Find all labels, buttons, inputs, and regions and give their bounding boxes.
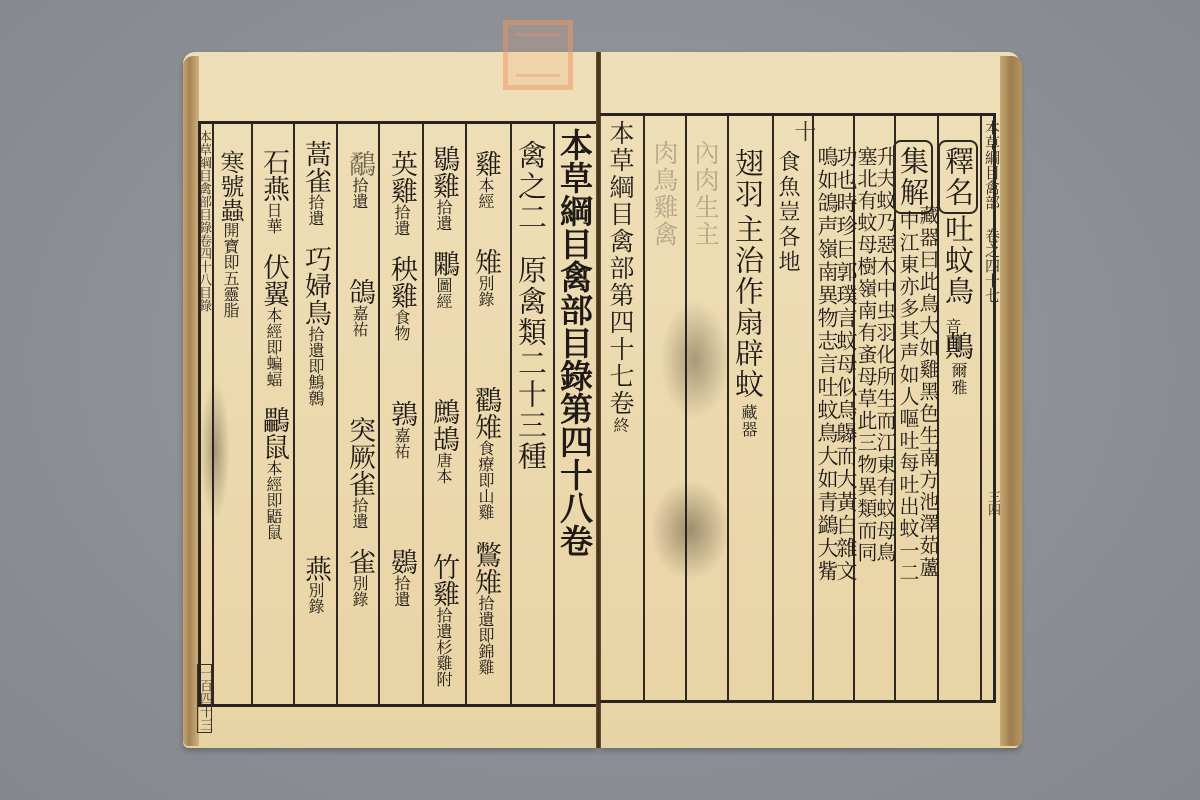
entry-item: 蒿雀拾遺 (302, 140, 329, 226)
entry-item: 伏翼本經即蝙蝠 (260, 253, 287, 387)
entry-item: 鷓鴣唐本 (430, 398, 457, 484)
entry-column-6: 石燕日華 伏翼本經即蝙蝠 鸓鼠本經即鼯鼠 (260, 148, 287, 560)
zhuzhi-label: 翅羽 (731, 148, 765, 210)
left-page-title: 本草綱目禽部目錄第四十八卷 (558, 128, 591, 557)
column-rule (685, 116, 687, 700)
jijie-label-text: 集解 (893, 140, 933, 214)
entry-column-4: 鷸拾遺 鴿嘉祐 突厥雀拾遺 雀別錄 (346, 150, 373, 627)
column-rule (772, 116, 774, 700)
zhuzhi-source: 藏器 (739, 404, 758, 438)
section-zhuzhi: 翅羽主治作扇辟蚊藏器 (733, 148, 762, 438)
jijie-label: 集解 (898, 140, 927, 214)
entry-item: 鴿嘉祐 (346, 278, 373, 337)
column-rule (251, 124, 253, 704)
entry-item: 鸐雉食療即山雞 (472, 386, 499, 520)
open-book: 本草綱目禽部目錄第四十八卷 禽之二原禽類二十三種 雞本經 雉別錄 鸐雉食療即山雞… (0, 0, 1200, 800)
entry-item: 雀別錄 (346, 548, 373, 607)
jijie-column-1: 藏器曰此鳥大如雞黑色生南方池澤茹蘆 (918, 205, 938, 579)
entry-item: 秧雞食物 (388, 255, 415, 341)
left-page-margin-label: 本草綱目禽部目錄卷四十八目錄 (197, 130, 210, 312)
entry-item: 英雞拾遺 (388, 150, 415, 236)
entry-item: 寒號蟲開寶即五靈脂 (218, 150, 242, 318)
entry-column-3: 英雞拾遺 秧雞食物 鶉嘉祐 鷃拾遺 (388, 150, 415, 627)
entry-item: 鷩雉拾遺即錦雞 (472, 541, 499, 675)
jijie-column-7: 食魚豈各地 (776, 150, 798, 275)
shiming-alt-source: 爾雅 (949, 362, 968, 396)
entry-column-5: 蒿雀拾遺 巧婦鳥拾遺即鷦鷯 燕別錄 (302, 140, 329, 634)
jijie-column-3: 升夫蚊乃惡木中虫羽化所生而江東有蚊母鳥 (875, 146, 895, 564)
entry-item: 突厥雀拾遺 (346, 416, 373, 529)
entry-column-7: 寒號蟲開寶即五靈脂 (218, 150, 242, 338)
left-page-number: 一百四十三 (197, 664, 212, 733)
entry-item: 鷴圖經 (430, 250, 457, 309)
left-page-subheader: 禽之二原禽類二十三種 (516, 140, 545, 472)
entry-item: 石燕日華 (260, 148, 287, 234)
column-rule (212, 124, 214, 704)
collector-seal (503, 20, 573, 90)
subheader-section: 禽之二 (514, 140, 548, 233)
shiming-label: 釋名 (938, 140, 978, 214)
entry-item: 鶡雞拾遺 (430, 145, 457, 231)
subheader-count: 原禽類二十三種 (514, 255, 548, 472)
zhuzhi-text: 主治作扇辟蚊 (730, 210, 766, 404)
column-rule (378, 124, 380, 704)
section-mark: 十 (792, 120, 814, 142)
entry-item: 雞本經 (472, 150, 499, 209)
shiming-pronunciation: 音田 (944, 318, 960, 352)
column-rule (293, 124, 295, 704)
column-rule (812, 116, 814, 700)
right-page-number: 三四 (986, 490, 999, 516)
entry-item: 鸓鼠本經即鼯鼠 (260, 406, 287, 540)
column-rule (422, 124, 424, 704)
column-rule (336, 124, 338, 704)
entry-item: 竹雞拾遺杉雞附 (430, 553, 457, 687)
column-rule (980, 116, 982, 700)
bleed-through-text: 肉鳥雞禽 (652, 140, 677, 248)
entry-item: 鷃拾遺 (388, 548, 415, 607)
column-rule (465, 124, 467, 704)
jijie-column-5: 功也時珍曰郭璞言蚊母似烏鸔而大黃白雜文 (835, 146, 856, 583)
entry-item: 鷸拾遺 (346, 150, 373, 209)
bleed-through-text: 內肉生主 (693, 140, 718, 248)
volume-end-title: 本草綱目禽部第四十七卷終 (608, 120, 633, 434)
entry-item: 燕別錄 (302, 555, 329, 614)
entry-item: 巧婦鳥拾遺即鷦鷯 (302, 245, 329, 406)
entry-item: 雉別錄 (472, 248, 499, 307)
end-mark: 終 (611, 417, 630, 434)
entry-column-2: 鶡雞拾遺 鷴圖經 鷓鴣唐本 竹雞拾遺杉雞附 (430, 145, 457, 707)
entry-item: 鶉嘉祐 (388, 400, 415, 459)
right-page-margin-label: 本草綱目禽部 卷之四十七 (984, 120, 999, 303)
column-rule (510, 124, 512, 704)
end-title-text: 本草綱目禽部第四十七卷 (606, 120, 635, 417)
column-rule (727, 116, 729, 700)
section-shiming: 釋名吐蚊鳥鷏爾雅 (943, 140, 972, 396)
entry-column-1: 雞本經 雉別錄 鸐雉食療即山雞 鷩雉拾遺即錦雞 (472, 150, 499, 695)
column-rule (643, 116, 645, 700)
jijie-column-2: 中江東亦多其声如人嘔吐每吐出蚊一二 (898, 210, 918, 584)
shiming-text: 吐蚊鳥 (941, 214, 975, 307)
right-page-edge (1000, 56, 1022, 746)
